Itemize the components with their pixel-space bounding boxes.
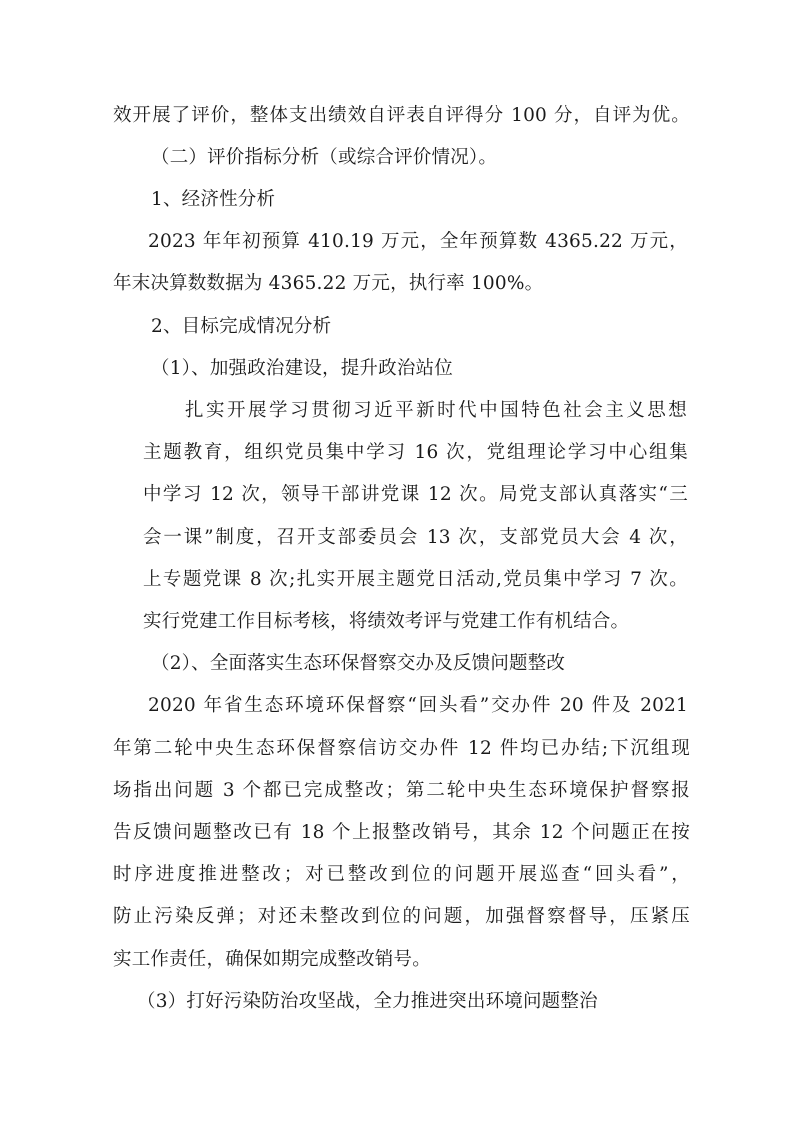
body-line: 年末决算数数据为 4365.22 万元，执行率 100%。	[113, 272, 543, 296]
section-heading: （二）评价指标分析（或综合评价情况）。	[151, 146, 497, 170]
body-line: 时序进度推进整改；对已整改到位的问题开展巡查“回头看”，	[113, 863, 690, 887]
body-line: 年第二轮中央生态环保督察信访交办件 12 件均已办结;下沉组现	[113, 737, 690, 761]
body-line: 会一课”制度，召开支部委员会 13 次，支部党员大会 4 次，	[143, 526, 688, 550]
subsection-heading: 1、经济性分析	[151, 188, 275, 212]
body-line: 防止污染反弹；对还未整改到位的问题，加强督察督导，压紧压	[113, 905, 690, 929]
subsection-heading: 2、目标完成情况分析	[151, 315, 331, 339]
document-page: 效开展了评价，整体支出绩效自评表自评得分 100 分，自评为优。 （二）评价指标…	[0, 0, 793, 1122]
item-heading: （2）、全面落实生态环保督察交办及反馈问题整改	[151, 652, 565, 676]
body-line: 实行党建工作目标考核，将绩效考评与党建工作有机结合。	[143, 610, 629, 634]
body-line: 实工作责任，确保如期完成整改销号。	[113, 948, 431, 972]
item-heading: （3）打好污染防治攻坚战，全力推进突出环境问题整治	[137, 990, 598, 1014]
body-line: 中学习 12 次，领导干部讲党课 12 次。局党支部认真落实“三	[143, 483, 688, 507]
body-line: 扎实开展学习贯彻习近平新时代中国特色社会主义思想	[185, 399, 687, 423]
body-line: 2023 年年初预算 410.19 万元，全年预算数 4365.22 万元，	[148, 230, 688, 254]
body-line: 上专题党课 8 次;扎实开展主题党日活动,党员集中学习 7 次。	[143, 568, 688, 592]
body-line: 效开展了评价，整体支出绩效自评表自评得分 100 分，自评为优。	[113, 104, 690, 128]
body-line: 告反馈问题整改已有 18 个上报整改销号，其余 12 个问题正在按	[113, 821, 690, 845]
body-line: 主题教育，组织党员集中学习 16 次，党组理论学习中心组集	[143, 441, 688, 465]
body-line: 场指出问题 3 个都已完成整改；第二轮中央生态环境保护督察报	[113, 779, 690, 803]
item-heading: （1）、加强政治建设，提升政治站位	[151, 357, 453, 381]
body-line: 2020 年省生态环境环保督察“回头看”交办件 20 件及 2021	[148, 694, 688, 718]
